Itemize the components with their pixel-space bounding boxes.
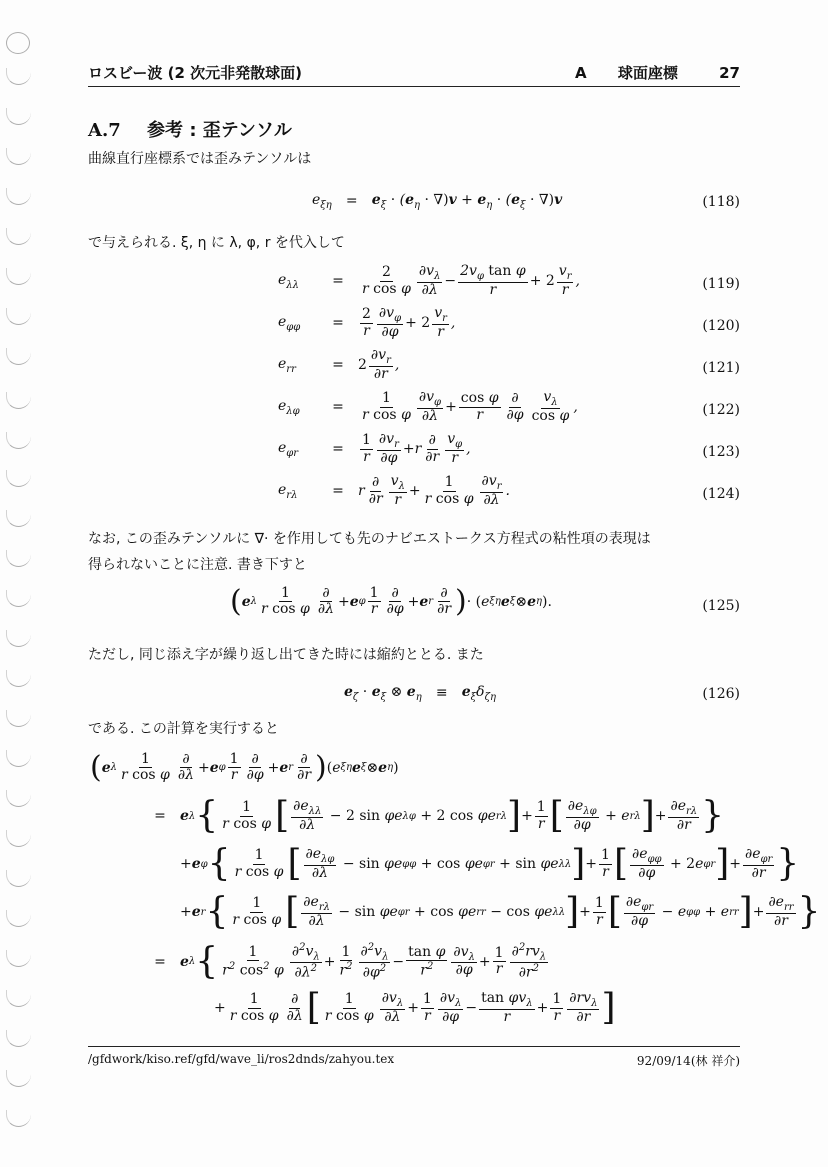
binder-hole-icon bbox=[6, 550, 31, 567]
binder-hole-icon bbox=[6, 148, 31, 165]
equation-number: (125) bbox=[702, 598, 740, 614]
binder-hole-icon bbox=[6, 308, 31, 325]
equation-126: eζ · eξ ⊗ eη ≡ eξδζη bbox=[344, 684, 496, 703]
binder-hole-icon bbox=[6, 990, 31, 1007]
equation-125: (eλ 1r cos φ ∂∂λ+ eφ1r ∂∂φ+ er∂∂r) · (eξ… bbox=[230, 586, 552, 618]
derivation-line: =eλ{ 1r2 cos2 φ ∂2vλ∂λ2+ 1r2 ∂2vλ∂φ2− ta… bbox=[140, 942, 550, 982]
running-footer: /gfdwork/kiso.ref/gfd/wave_li/ros2dnds/z… bbox=[88, 1052, 740, 1066]
section-heading: A.7 参考 : 歪テンソル bbox=[88, 116, 292, 142]
footer-rule bbox=[88, 1046, 740, 1047]
equation-number: (124) bbox=[702, 486, 740, 502]
header-title: ロスビー波 (2 次元非発散球面) bbox=[88, 64, 302, 82]
running-header: ロスビー波 (2 次元非発散球面) A 球面座標 27 bbox=[88, 62, 740, 83]
derivation-line: =eλ{ 1r cos φ[ ∂eλλ∂λ − 2 sin φeλφ + 2 c… bbox=[140, 798, 724, 834]
binder-hole-icon bbox=[6, 32, 30, 54]
equation-121: err=2 ∂vr∂r, bbox=[278, 348, 399, 382]
footer-source-path: /gfdwork/kiso.ref/gfd/wave_li/ros2dnds/z… bbox=[88, 1052, 394, 1066]
equation-number: (123) bbox=[702, 444, 740, 460]
paragraph: である. この計算を実行すると bbox=[88, 716, 744, 742]
binder-hole-icon bbox=[6, 910, 31, 927]
paragraph: ただし, 同じ添え字が繰り返し出てきた時には縮約ととる. また bbox=[88, 642, 744, 668]
equation-number: (126) bbox=[702, 686, 740, 702]
binder-hole-icon bbox=[6, 870, 31, 887]
binder-hole-icon bbox=[6, 470, 31, 487]
equation-120: eφφ= 2r ∂vφ∂φ+ 2 vrr, bbox=[278, 306, 455, 340]
binder-hole-icon bbox=[6, 268, 31, 285]
equation-119: eλλ= 2r cos φ ∂vλ∂λ− 2vφ tan φr+ 2 vrr, bbox=[278, 264, 580, 298]
derivation-line: + 1r cos φ ∂∂λ[ 1r cos φ ∂vλ∂λ+ 1r ∂vλ∂φ… bbox=[214, 990, 615, 1026]
header-page-number: 27 bbox=[719, 64, 740, 82]
equation-number: (119) bbox=[702, 276, 740, 292]
binder-hole-icon bbox=[6, 188, 31, 205]
paragraph-line: 得られないことに注意. 書き下すと bbox=[88, 552, 744, 578]
binder-hole-icon bbox=[6, 1030, 31, 1047]
equation-number: (122) bbox=[702, 402, 740, 418]
equation-123: eφr= 1r ∂vr∂φ+ r ∂∂r vφr, bbox=[278, 432, 471, 466]
binder-hole-icon bbox=[6, 68, 31, 85]
binder-hole-icon bbox=[6, 348, 31, 365]
binder-hole-icon bbox=[6, 590, 31, 607]
equation-number: (120) bbox=[702, 318, 740, 334]
binder-hole-icon bbox=[6, 228, 31, 245]
section-title: 参考 : 歪テンソル bbox=[147, 120, 292, 141]
binder-hole-icon bbox=[6, 750, 31, 767]
equation-number: (118) bbox=[702, 194, 740, 210]
derivation-line: +eφ{ 1r cos φ[ ∂eλφ∂λ − sin φeφφ + cos φ… bbox=[180, 846, 799, 882]
binder-hole-icon bbox=[6, 392, 31, 409]
footer-date-author: 92/09/14(林 祥介) bbox=[637, 1052, 740, 1069]
paragraph: 曲線直行座標系では歪みテンソルは bbox=[88, 146, 744, 172]
equation-122: eλφ= 1r cos φ ∂vφ∂λ+ cos φr ∂∂φ vλcos φ, bbox=[278, 390, 578, 424]
binder-hole-icon bbox=[6, 510, 31, 527]
binder-hole-icon bbox=[6, 670, 31, 687]
equation-number: (121) bbox=[702, 360, 740, 376]
paragraph: なお, この歪みテンソルに ∇· を作用しても先のナビエストークス方程式の粘性項… bbox=[88, 526, 744, 578]
header-appendix: A bbox=[575, 64, 587, 82]
header-rule bbox=[88, 86, 740, 87]
binder-hole-icon bbox=[6, 950, 31, 967]
binder-hole-icon bbox=[6, 432, 31, 449]
binder-hole-icon bbox=[6, 710, 31, 727]
binder-hole-icon bbox=[6, 108, 31, 125]
derivation-line: (eλ 1r cos φ ∂∂λ+ eφ1r ∂∂φ+ er∂∂r) (eξηe… bbox=[90, 752, 399, 784]
binder-hole-icon bbox=[6, 1070, 31, 1087]
binder-hole-icon bbox=[6, 1110, 31, 1127]
equation-118: eξη= eξ · (eη · ∇)v + eη · (eξ · ∇)v bbox=[312, 192, 562, 211]
section-number: A.7 bbox=[88, 120, 121, 141]
header-chapter: 球面座標 bbox=[618, 64, 678, 82]
binder-hole-icon bbox=[6, 630, 31, 647]
binder-hole-icon bbox=[6, 830, 31, 847]
derivation-line: +er{ 1r cos φ[ ∂erλ∂λ − sin φeφr + cos φ… bbox=[180, 894, 820, 930]
paragraph: で与えられる. ξ, η に λ, φ, r を代入して bbox=[88, 230, 744, 256]
equation-124: erλ= r ∂∂r vλr+ 1r cos φ ∂vr∂λ. bbox=[278, 474, 510, 508]
binder-hole-icon bbox=[6, 790, 31, 807]
paragraph-line: なお, この歪みテンソルに ∇· を作用しても先のナビエストークス方程式の粘性項… bbox=[88, 526, 744, 552]
